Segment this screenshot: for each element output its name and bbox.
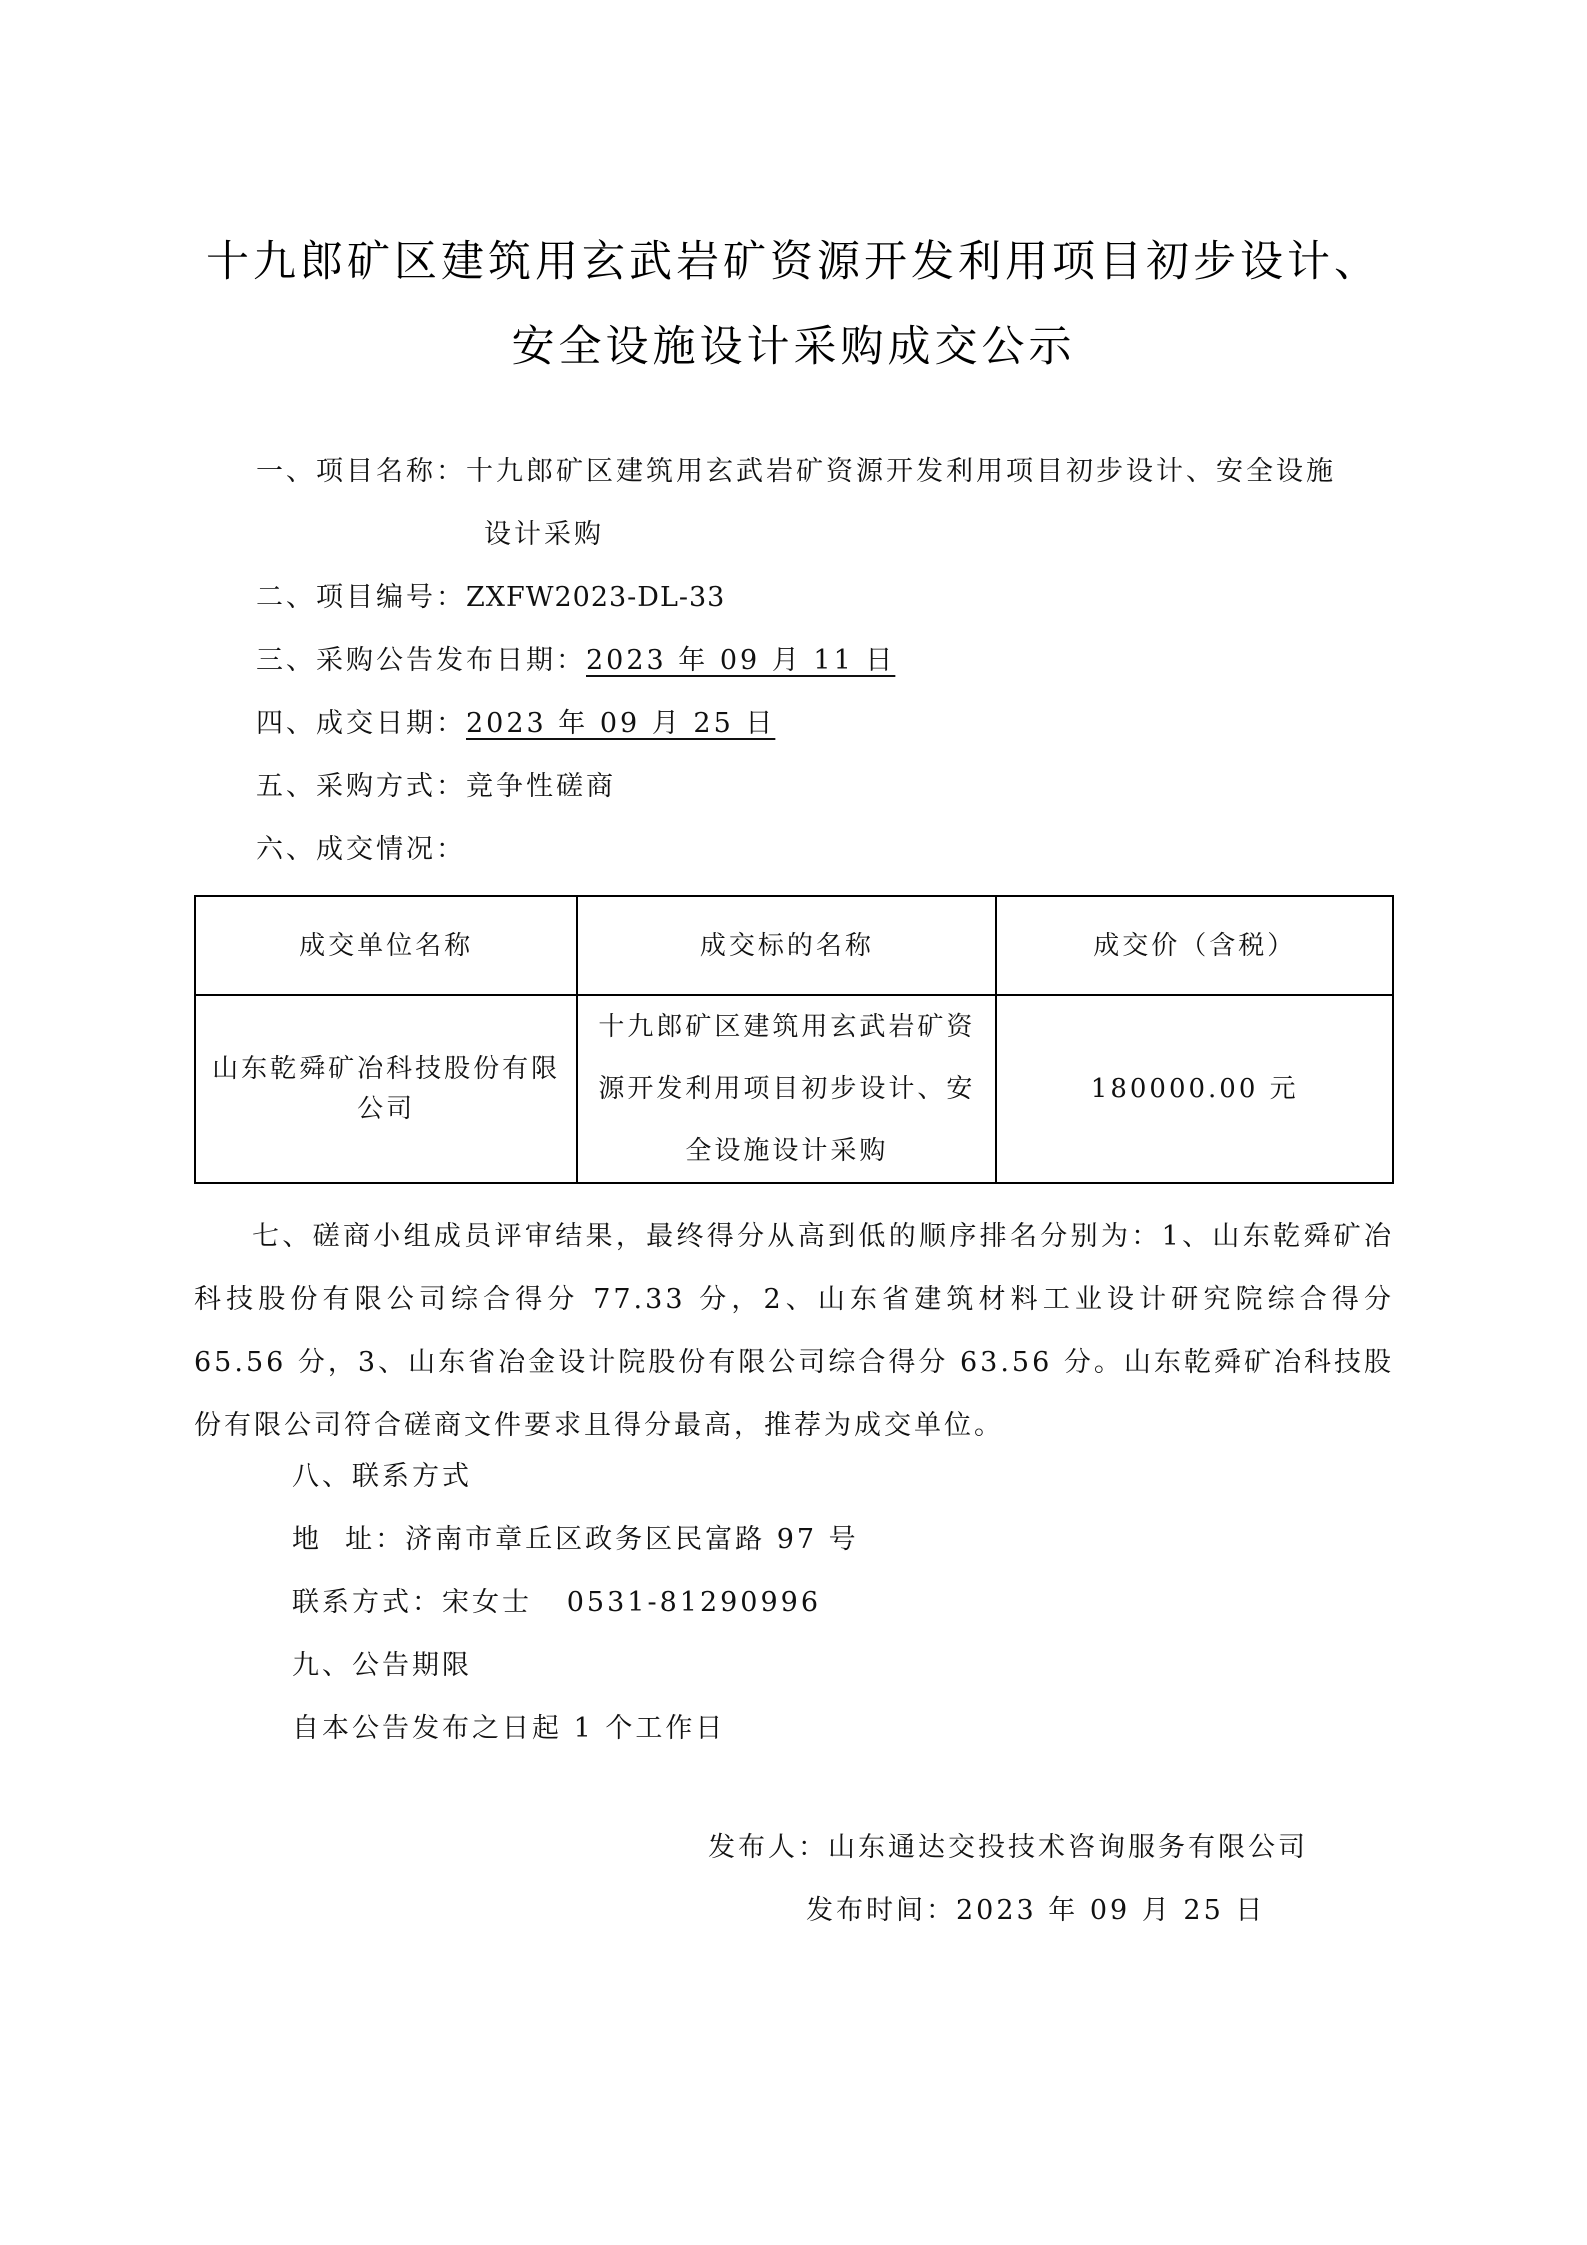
contact-phone: 联系方式：宋女士 0531-81290996	[292, 1585, 821, 1621]
project-name-value: 十九郎矿区建筑用玄武岩矿资源开发利用项目初步设计、安全设施	[466, 456, 1336, 487]
deal-status-label: 六、成交情况：	[256, 832, 466, 868]
cell-subject: 十九郎矿区建筑用玄武岩矿资源开发利用项目初步设计、安全设施设计采购	[577, 995, 996, 1183]
project-number-value: ZXFW2023-DL-33	[466, 582, 725, 613]
deal-table: 成交单位名称 成交标的名称 成交价（含税） 山东乾舜矿冶科技股份有限公司 十九郎…	[194, 895, 1394, 1184]
publish-time: 发布时间：2023 年 09 月 25 日	[806, 1893, 1265, 1929]
header-company: 成交单位名称	[195, 896, 577, 995]
document-title-line-2: 安全设施设计采购成交公示	[0, 313, 1587, 374]
deal-date-row: 四、成交日期：2023 年 09 月 25 日	[256, 706, 775, 742]
deal-date-label: 四、成交日期：	[256, 708, 466, 739]
header-subject: 成交标的名称	[577, 896, 996, 995]
header-price: 成交价（含税）	[996, 896, 1393, 995]
review-result-paragraph: 七、磋商小组成员评审结果，最终得分从高到低的顺序排名分别为：1、山东乾舜矿冶科技…	[194, 1205, 1394, 1457]
announcement-date-value: 2023 年 09 月 11 日	[586, 645, 895, 676]
deal-date-value: 2023 年 09 月 25 日	[466, 708, 775, 739]
project-name-row: 一、项目名称：十九郎矿区建筑用玄武岩矿资源开发利用项目初步设计、安全设施	[256, 454, 1336, 490]
project-name-label: 一、项目名称：	[256, 456, 466, 487]
announcement-date-label: 三、采购公告发布日期：	[256, 645, 586, 676]
project-number-label: 二、项目编号：	[256, 582, 466, 613]
procurement-method-row: 五、采购方式：竞争性磋商	[256, 769, 616, 805]
period-heading: 九、公告期限	[292, 1648, 472, 1684]
announcement-date-row: 三、采购公告发布日期：2023 年 09 月 11 日	[256, 643, 895, 679]
cell-price: 180000.00 元	[996, 995, 1393, 1183]
contact-address: 地 址：济南市章丘区政务区民富路 97 号	[292, 1522, 859, 1558]
table-row: 山东乾舜矿冶科技股份有限公司 十九郎矿区建筑用玄武岩矿资源开发利用项目初步设计、…	[195, 995, 1393, 1183]
document-title-line-1: 十九郎矿区建筑用玄武岩矿资源开发利用项目初步设计、	[0, 228, 1587, 289]
procurement-method-label: 五、采购方式：	[256, 771, 466, 802]
contact-heading: 八、联系方式	[292, 1459, 472, 1495]
project-name-value-continued: 设计采购	[484, 517, 604, 553]
deal-table-header-row: 成交单位名称 成交标的名称 成交价（含税）	[195, 896, 1393, 995]
project-number-row: 二、项目编号：ZXFW2023-DL-33	[256, 580, 725, 616]
procurement-method-value: 竞争性磋商	[466, 771, 616, 802]
publisher: 发布人：山东通达交投技术咨询服务有限公司	[708, 1830, 1308, 1866]
cell-company: 山东乾舜矿冶科技股份有限公司	[195, 995, 577, 1183]
period-value: 自本公告发布之日起 1 个工作日	[292, 1711, 725, 1747]
